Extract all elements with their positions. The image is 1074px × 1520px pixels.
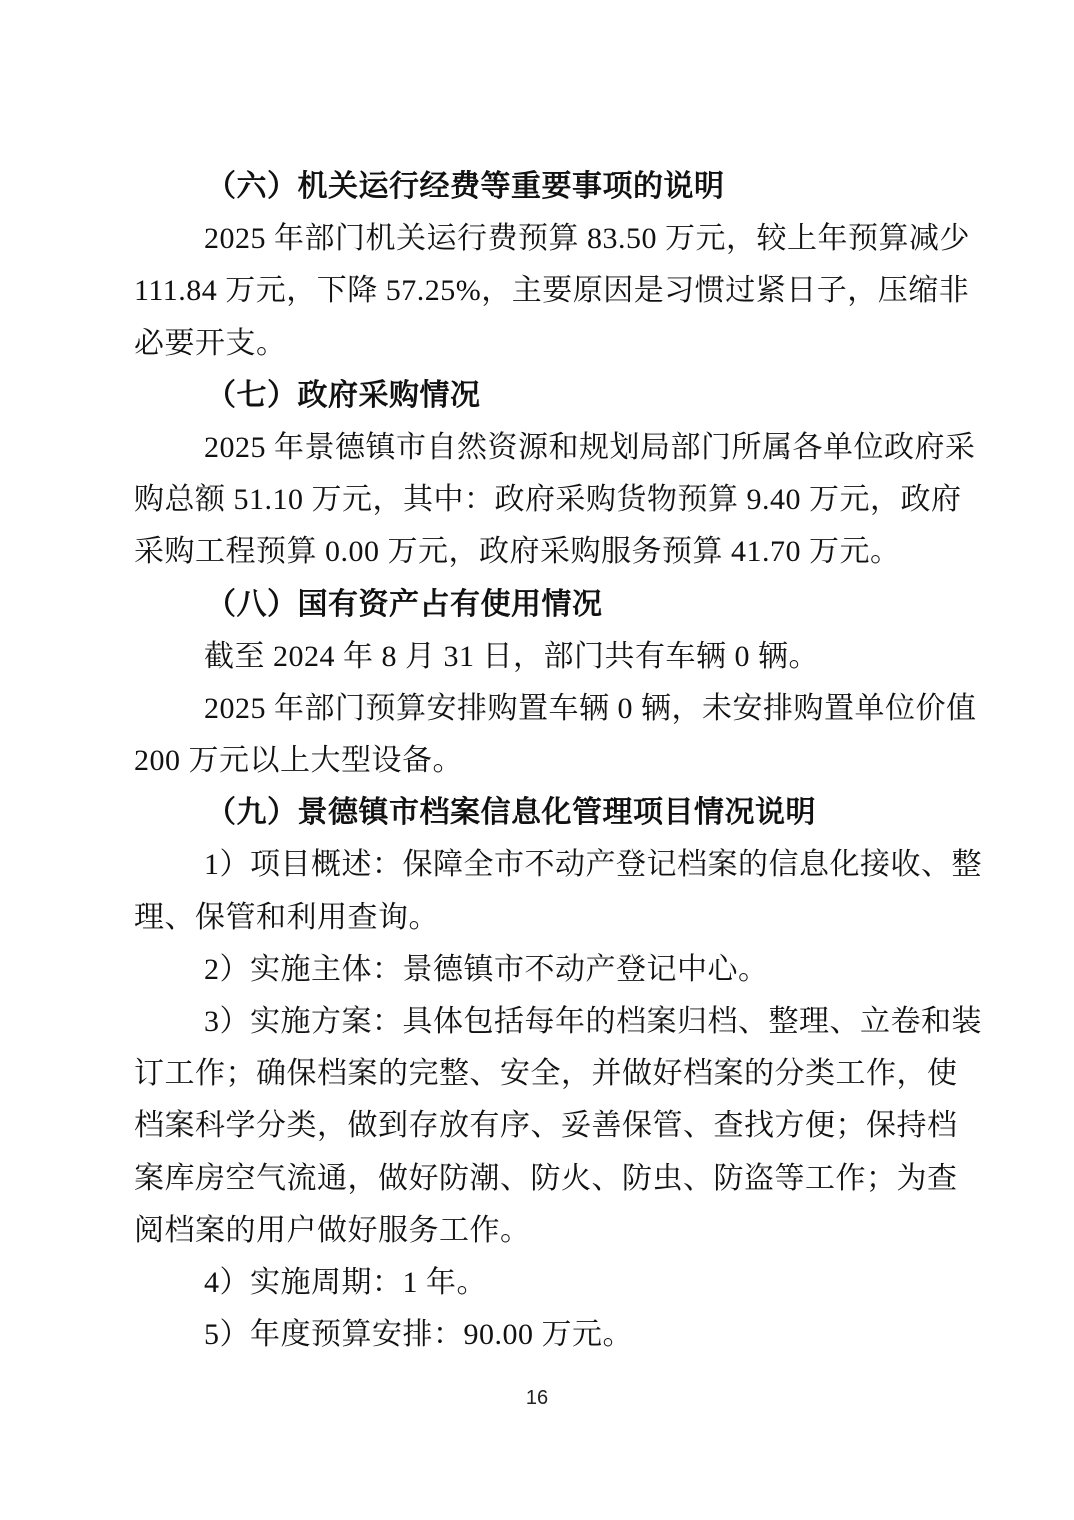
section-heading: （七）政府采购情况: [134, 370, 934, 422]
paragraph-line: 案库房空气流通，做好防潮、防火、防虫、防盗等工作；为查: [134, 1153, 934, 1205]
paragraph-line: 档案科学分类，做到存放有序、妥善保管、查找方便；保持档: [134, 1100, 934, 1152]
page-number: 16: [0, 1387, 1074, 1409]
paragraph-line: 2）实施主体：景德镇市不动产登记中心。: [134, 944, 934, 996]
paragraph-line: 2025 年景德镇市自然资源和规划局部门所属各单位政府采: [134, 422, 934, 474]
paragraph-line: 2025 年部门机关运行费预算 83.50 万元，较上年预算减少: [134, 213, 934, 265]
paragraph-line: 200 万元以上大型设备。: [134, 735, 934, 787]
paragraph-line: 111.84 万元，下降 57.25%，主要原因是习惯过紧日子，压缩非: [134, 265, 934, 317]
paragraph-line: 3）实施方案：具体包括每年的档案归档、整理、立卷和装: [134, 996, 934, 1048]
paragraph-line: 5）年度预算安排：90.00 万元。: [134, 1309, 934, 1361]
section-heading: （六）机关运行经费等重要事项的说明: [134, 161, 934, 213]
paragraph-line: 订工作；确保档案的完整、安全，并做好档案的分类工作，使: [134, 1048, 934, 1100]
paragraph-line: 理、保管和利用查询。: [134, 892, 934, 944]
section-heading: （九）景德镇市档案信息化管理项目情况说明: [134, 787, 934, 839]
paragraph-line: 购总额 51.10 万元，其中：政府采购货物预算 9.40 万元，政府: [134, 474, 934, 526]
paragraph-line: 4）实施周期：1 年。: [134, 1257, 934, 1309]
paragraph-line: 截至 2024 年 8 月 31 日，部门共有车辆 0 辆。: [134, 631, 934, 683]
paragraph-line: 1）项目概述：保障全市不动产登记档案的信息化接收、整: [134, 839, 934, 891]
paragraph-line: 采购工程预算 0.00 万元，政府采购服务预算 41.70 万元。: [134, 526, 934, 578]
paragraph-line: 必要开支。: [134, 318, 934, 370]
paragraph-line: 2025 年部门预算安排购置车辆 0 辆，未安排购置单位价值: [134, 683, 934, 735]
document-page: （六）机关运行经费等重要事项的说明2025 年部门机关运行费预算 83.50 万…: [0, 0, 1074, 1520]
paragraph-line: 阅档案的用户做好服务工作。: [134, 1205, 934, 1257]
section-heading: （八）国有资产占有使用情况: [134, 579, 934, 631]
document-body: （六）机关运行经费等重要事项的说明2025 年部门机关运行费预算 83.50 万…: [134, 161, 934, 1361]
